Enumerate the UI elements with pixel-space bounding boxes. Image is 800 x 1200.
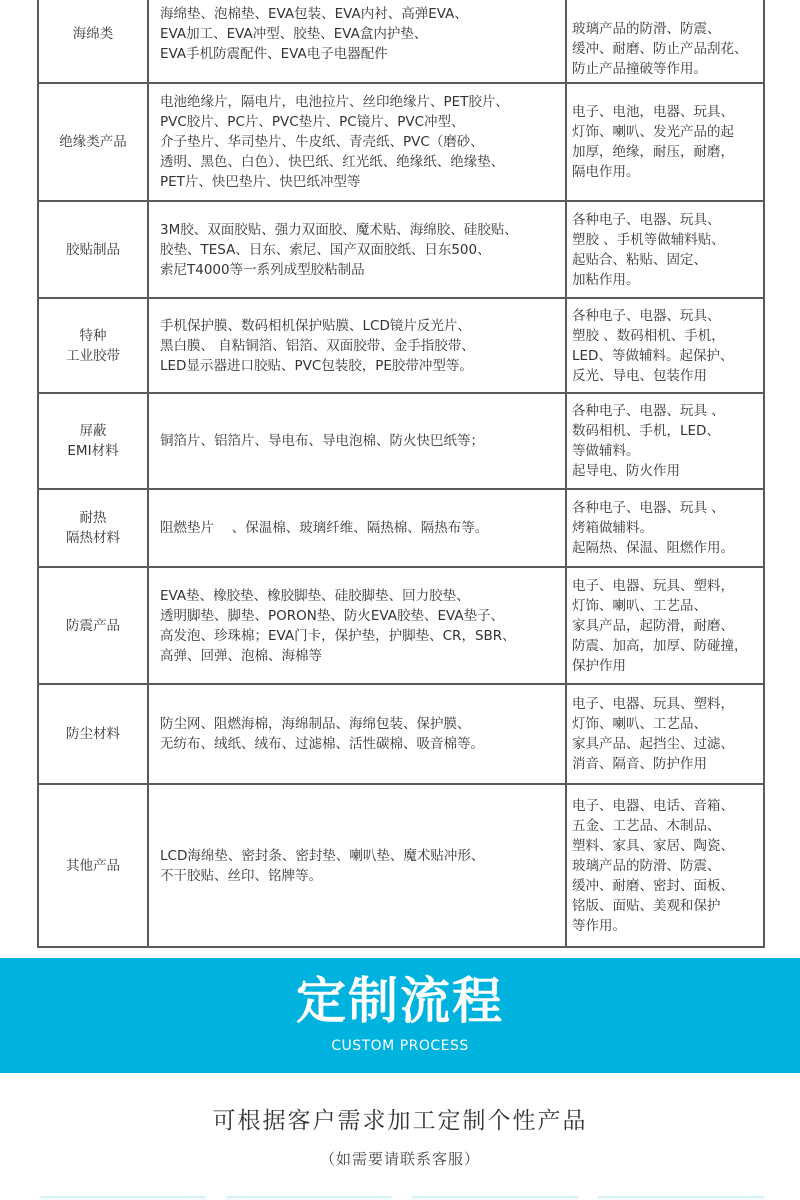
category-cell-line: 屏蔽	[43, 421, 143, 441]
items-cell-line: PVC胶片、PC片、PVC垫片、PC镜片、PVC冲型、	[160, 112, 559, 132]
items-cell-line: 3M胶、双面胶贴、强力双面胶、魔术贴、海绵胶、硅胶贴、	[160, 220, 559, 240]
uses-cell-line: 各种电子、电器、玩具、	[572, 210, 759, 230]
process-step-2	[226, 1196, 392, 1200]
category-cell: 海绵类	[38, 0, 148, 83]
uses-cell-line: 缓冲、耐磨、密封、面板、	[572, 876, 759, 896]
items-cell-line: 索尼T4000等一系列成型胶粘制品	[160, 260, 559, 280]
uses-cell-line: 各种电子、电器、玩具 、	[572, 401, 759, 421]
uses-cell: 电子、电器、玩具、塑料，灯饰、喇叭、工艺品、家具产品、起挡尘、过滤、消音、隔音、…	[566, 684, 764, 784]
items-cell-line: EVA手机防震配件、EVA电子电器配件	[160, 44, 559, 64]
banner-subtitle: CUSTOM PROCESS	[0, 1036, 800, 1056]
uses-cell-line: 塑料、家具、家居、陶瓷、	[572, 836, 759, 856]
uses-cell-line: LED、等做辅料。起保护、	[572, 346, 759, 366]
category-cell-line: EMI材料	[43, 441, 143, 461]
items-cell-line: 黑白膜、 自粘铜箔、铝箔、双面胶带、金手指胶带、	[160, 336, 559, 356]
uses-cell-line: 消音、隔音、防护作用	[572, 754, 759, 774]
uses-cell-line: 缓冲、耐磨、防止产品刮花、	[572, 39, 759, 59]
uses-cell-line: 隔电作用。	[572, 162, 759, 182]
uses-cell-line: 防止产品撞破等作用。	[572, 59, 759, 79]
category-cell: 耐热隔热材料	[38, 489, 148, 567]
uses-cell: 电子、电器、玩具、塑料，灯饰、喇叭、工艺品、家具产品，起防滑，耐磨、防震、加高，…	[566, 567, 764, 684]
items-cell: 3M胶、双面胶贴、强力双面胶、魔术贴、海绵胶、硅胶贴、胶垫、TESA、日东、索尼…	[148, 201, 566, 298]
items-cell-line: 不干胶贴、丝印、铭牌等。	[160, 866, 559, 886]
items-cell-line: LCD海绵垫、密封条、密封垫、喇叭垫、魔术贴冲形、	[160, 846, 559, 866]
uses-cell-line: 玻璃产品的防滑、防震、	[572, 856, 759, 876]
uses-cell-line: 等做辅料。	[572, 441, 759, 461]
uses-cell-line: 塑胶 、手机等做辅料贴、	[572, 230, 759, 250]
process-step-3	[412, 1196, 578, 1200]
table-row: 胶贴制品3M胶、双面胶贴、强力双面胶、魔术贴、海绵胶、硅胶贴、胶垫、TESA、日…	[38, 201, 764, 298]
items-cell: 电池绝缘片，隔电片，电池拉片、丝印绝缘片、PET胶片、PVC胶片、PC片、PVC…	[148, 83, 566, 201]
uses-cell: 各种电子、电器、玩具、塑胶 、数码相机、手机，LED、等做辅料。起保护、反光、导…	[566, 298, 764, 393]
uses-cell-line: 家具产品，起防滑，耐磨、	[572, 616, 759, 636]
uses-cell-line: 电子、电器、玩具、塑料，	[572, 694, 759, 714]
items-cell: LCD海绵垫、密封条、密封垫、喇叭垫、魔术贴冲形、不干胶贴、丝印、铭牌等。	[148, 784, 566, 947]
intro-title: 可根据客户需求加工定制个性产品	[0, 1105, 800, 1137]
items-cell-line: 胶垫、TESA、日东、索尼、国产双面胶纸、日东500、	[160, 240, 559, 260]
category-cell: 屏蔽EMI材料	[38, 393, 148, 489]
category-cell: 其他产品	[38, 784, 148, 947]
category-cell-line: 海绵类	[43, 24, 143, 44]
items-cell: 海绵垫、泡棉垫、EVA包装、EVA内衬、高弹EVA、EVA加工、EVA冲型、胶垫…	[148, 0, 566, 83]
uses-cell: 各种电子、电器、玩具、塑胶 、手机等做辅料贴、起贴合、粘贴、固定、加粘作用。	[566, 201, 764, 298]
uses-cell-line: 各种电子、电器、玩具、	[572, 306, 759, 326]
category-cell-line: 胶贴制品	[43, 240, 143, 260]
uses-cell: 玻璃产品的防滑、防震、缓冲、耐磨、防止产品刮花、防止产品撞破等作用。	[566, 0, 764, 83]
items-cell-line: EVA加工、EVA冲型、胶垫、EVA盒内护垫、	[160, 24, 559, 44]
custom-process-banner: 定制流程 CUSTOM PROCESS	[0, 958, 800, 1073]
items-cell-line: 电池绝缘片，隔电片，电池拉片、丝印绝缘片、PET胶片、	[160, 92, 559, 112]
uses-cell-line: 加粘作用。	[572, 270, 759, 290]
category-cell: 绝缘类产品	[38, 83, 148, 201]
category-cell-line: 防尘材料	[43, 724, 143, 744]
category-cell: 防尘材料	[38, 684, 148, 784]
uses-cell-line: 灯饰、喇叭、工艺品、	[572, 596, 759, 616]
table-row: 屏蔽EMI材料铜箔片、铝箔片、导电布、导电泡棉、防火快巴纸等；各种电子、电器、玩…	[38, 393, 764, 489]
items-cell-line: 透明脚垫、脚垫、PORON垫、防火EVA胶垫、EVA垫子、	[160, 606, 559, 626]
category-cell-line: 其他产品	[43, 856, 143, 876]
items-cell-line: 高弹、回弹、泡棉、海棉等	[160, 646, 559, 666]
items-cell-line: 介子垫片、华司垫片、牛皮纸、青壳纸、PVC（磨砂、	[160, 132, 559, 152]
process-step-4	[598, 1196, 764, 1200]
product-table: 海绵类海绵垫、泡棉垫、EVA包装、EVA内衬、高弹EVA、EVA加工、EVA冲型…	[37, 0, 765, 948]
uses-cell-line: 灯饰、喇叭、发光产品的起	[572, 122, 759, 142]
items-cell-line: 铜箔片、铝箔片、导电布、导电泡棉、防火快巴纸等；	[160, 431, 559, 451]
category-cell-line: 防震产品	[43, 616, 143, 636]
items-cell: 阻燃垫片 、保温棉、玻璃纤维、隔热棉、隔热布等。	[148, 489, 566, 567]
uses-cell-line: 烤箱做辅料。	[572, 518, 759, 538]
table-row: 绝缘类产品电池绝缘片，隔电片，电池拉片、丝印绝缘片、PET胶片、PVC胶片、PC…	[38, 83, 764, 201]
uses-cell-line: 五金、工艺品、木制品、	[572, 816, 759, 836]
uses-cell-line: 起隔热、保温、阻燃作用。	[572, 538, 759, 558]
items-cell: 防尘网、阻燃海棉，海绵制品、海绵包装、保护膜、无纺布、绒纸、绒布、过滤棉、活性碳…	[148, 684, 566, 784]
items-cell-line: 海绵垫、泡棉垫、EVA包装、EVA内衬、高弹EVA、	[160, 4, 559, 24]
process-step-1	[40, 1196, 206, 1200]
uses-cell: 各种电子、电器、玩具 、数码相机、手机，LED、等做辅料。起导电、防火作用	[566, 393, 764, 489]
table-row: 防尘材料防尘网、阻燃海棉，海绵制品、海绵包装、保护膜、无纺布、绒纸、绒布、过滤棉…	[38, 684, 764, 784]
category-cell: 胶贴制品	[38, 201, 148, 298]
category-cell: 特种工业胶带	[38, 298, 148, 393]
uses-cell-line: 起导电、防火作用	[572, 461, 759, 481]
uses-cell-line: 电子、电器、玩具、塑料，	[572, 576, 759, 596]
items-cell-line: PET片、快巴垫片、快巴纸冲型等	[160, 172, 559, 192]
uses-cell-line: 家具产品、起挡尘、过滤、	[572, 734, 759, 754]
intro-note: （如需要请联系客服）	[0, 1147, 800, 1171]
uses-cell-line: 保护作用	[572, 656, 759, 676]
uses-cell-line: 等作用。	[572, 916, 759, 936]
banner-title: 定制流程	[0, 958, 800, 1031]
custom-intro: 可根据客户需求加工定制个性产品 （如需要请联系客服）	[0, 1105, 800, 1171]
uses-cell: 各种电子、电器、玩具 、烤箱做辅料。起隔热、保温、阻燃作用。	[566, 489, 764, 567]
uses-cell-line: 电子、电池，电器、玩具、	[572, 102, 759, 122]
uses-cell-line: 加厚，绝缘，耐压，耐磨，	[572, 142, 759, 162]
uses-cell-line: 防震、加高，加厚、防碰撞，	[572, 636, 759, 656]
product-table-section: 海绵类海绵垫、泡棉垫、EVA包装、EVA内衬、高弹EVA、EVA加工、EVA冲型…	[37, 0, 763, 948]
table-row: 防震产品EVA垫、橡胶垫、橡胶脚垫、硅胶脚垫、回力胶垫、透明脚垫、脚垫、PORO…	[38, 567, 764, 684]
items-cell-line: 透明、黑色、白色）、快巴纸、红光纸、绝缘纸、绝缘垫、	[160, 152, 559, 172]
uses-cell-line: 玻璃产品的防滑、防震、	[572, 19, 759, 39]
items-cell-line: EVA垫、橡胶垫、橡胶脚垫、硅胶脚垫、回力胶垫、	[160, 586, 559, 606]
items-cell-line: LED显示器进口胶贴、PVC包装胶，PE胶带冲型等。	[160, 356, 559, 376]
items-cell-line: 高发泡、珍珠棉；EVA门卡，保护垫，护脚垫、CR，SBR、	[160, 626, 559, 646]
category-cell-line: 工业胶带	[43, 346, 143, 366]
uses-cell: 电子、电池，电器、玩具、灯饰、喇叭、发光产品的起加厚，绝缘，耐压，耐磨，隔电作用…	[566, 83, 764, 201]
table-row: 其他产品LCD海绵垫、密封条、密封垫、喇叭垫、魔术贴冲形、不干胶贴、丝印、铭牌等…	[38, 784, 764, 947]
category-cell-line: 耐热	[43, 508, 143, 528]
uses-cell-line: 起贴合、粘贴、固定、	[572, 250, 759, 270]
table-row: 海绵类海绵垫、泡棉垫、EVA包装、EVA内衬、高弹EVA、EVA加工、EVA冲型…	[38, 0, 764, 83]
items-cell-line: 无纺布、绒纸、绒布、过滤棉、活性碳棉、吸音棉等。	[160, 734, 559, 754]
items-cell: 铜箔片、铝箔片、导电布、导电泡棉、防火快巴纸等；	[148, 393, 566, 489]
uses-cell-line: 数码相机、手机，LED、	[572, 421, 759, 441]
items-cell: EVA垫、橡胶垫、橡胶脚垫、硅胶脚垫、回力胶垫、透明脚垫、脚垫、PORON垫、防…	[148, 567, 566, 684]
category-cell-line: 隔热材料	[43, 528, 143, 548]
items-cell: 手机保护膜、数码相机保护贴膜、LCD镜片反光片、黑白膜、 自粘铜箔、铝箔、双面胶…	[148, 298, 566, 393]
table-row: 特种工业胶带手机保护膜、数码相机保护贴膜、LCD镜片反光片、黑白膜、 自粘铜箔、…	[38, 298, 764, 393]
items-cell-line: 手机保护膜、数码相机保护贴膜、LCD镜片反光片、	[160, 316, 559, 336]
category-cell-line: 绝缘类产品	[43, 132, 143, 152]
uses-cell: 电子、电器、电话、音箱、五金、工艺品、木制品、塑料、家具、家居、陶瓷、玻璃产品的…	[566, 784, 764, 947]
table-row: 耐热隔热材料阻燃垫片 、保温棉、玻璃纤维、隔热棉、隔热布等。各种电子、电器、玩具…	[38, 489, 764, 567]
uses-cell-line: 电子、电器、电话、音箱、	[572, 796, 759, 816]
uses-cell-line: 塑胶 、数码相机、手机，	[572, 326, 759, 346]
items-cell-line: 阻燃垫片 、保温棉、玻璃纤维、隔热棉、隔热布等。	[160, 518, 559, 538]
category-cell-line: 特种	[43, 326, 143, 346]
category-cell: 防震产品	[38, 567, 148, 684]
uses-cell-line: 各种电子、电器、玩具 、	[572, 498, 759, 518]
uses-cell-line: 铭版、面贴、美观和保护	[572, 896, 759, 916]
process-steps	[40, 1196, 764, 1200]
uses-cell-line: 灯饰、喇叭、工艺品、	[572, 714, 759, 734]
items-cell-line: 防尘网、阻燃海棉，海绵制品、海绵包装、保护膜、	[160, 714, 559, 734]
uses-cell-line: 反光、导电、包装作用	[572, 366, 759, 386]
